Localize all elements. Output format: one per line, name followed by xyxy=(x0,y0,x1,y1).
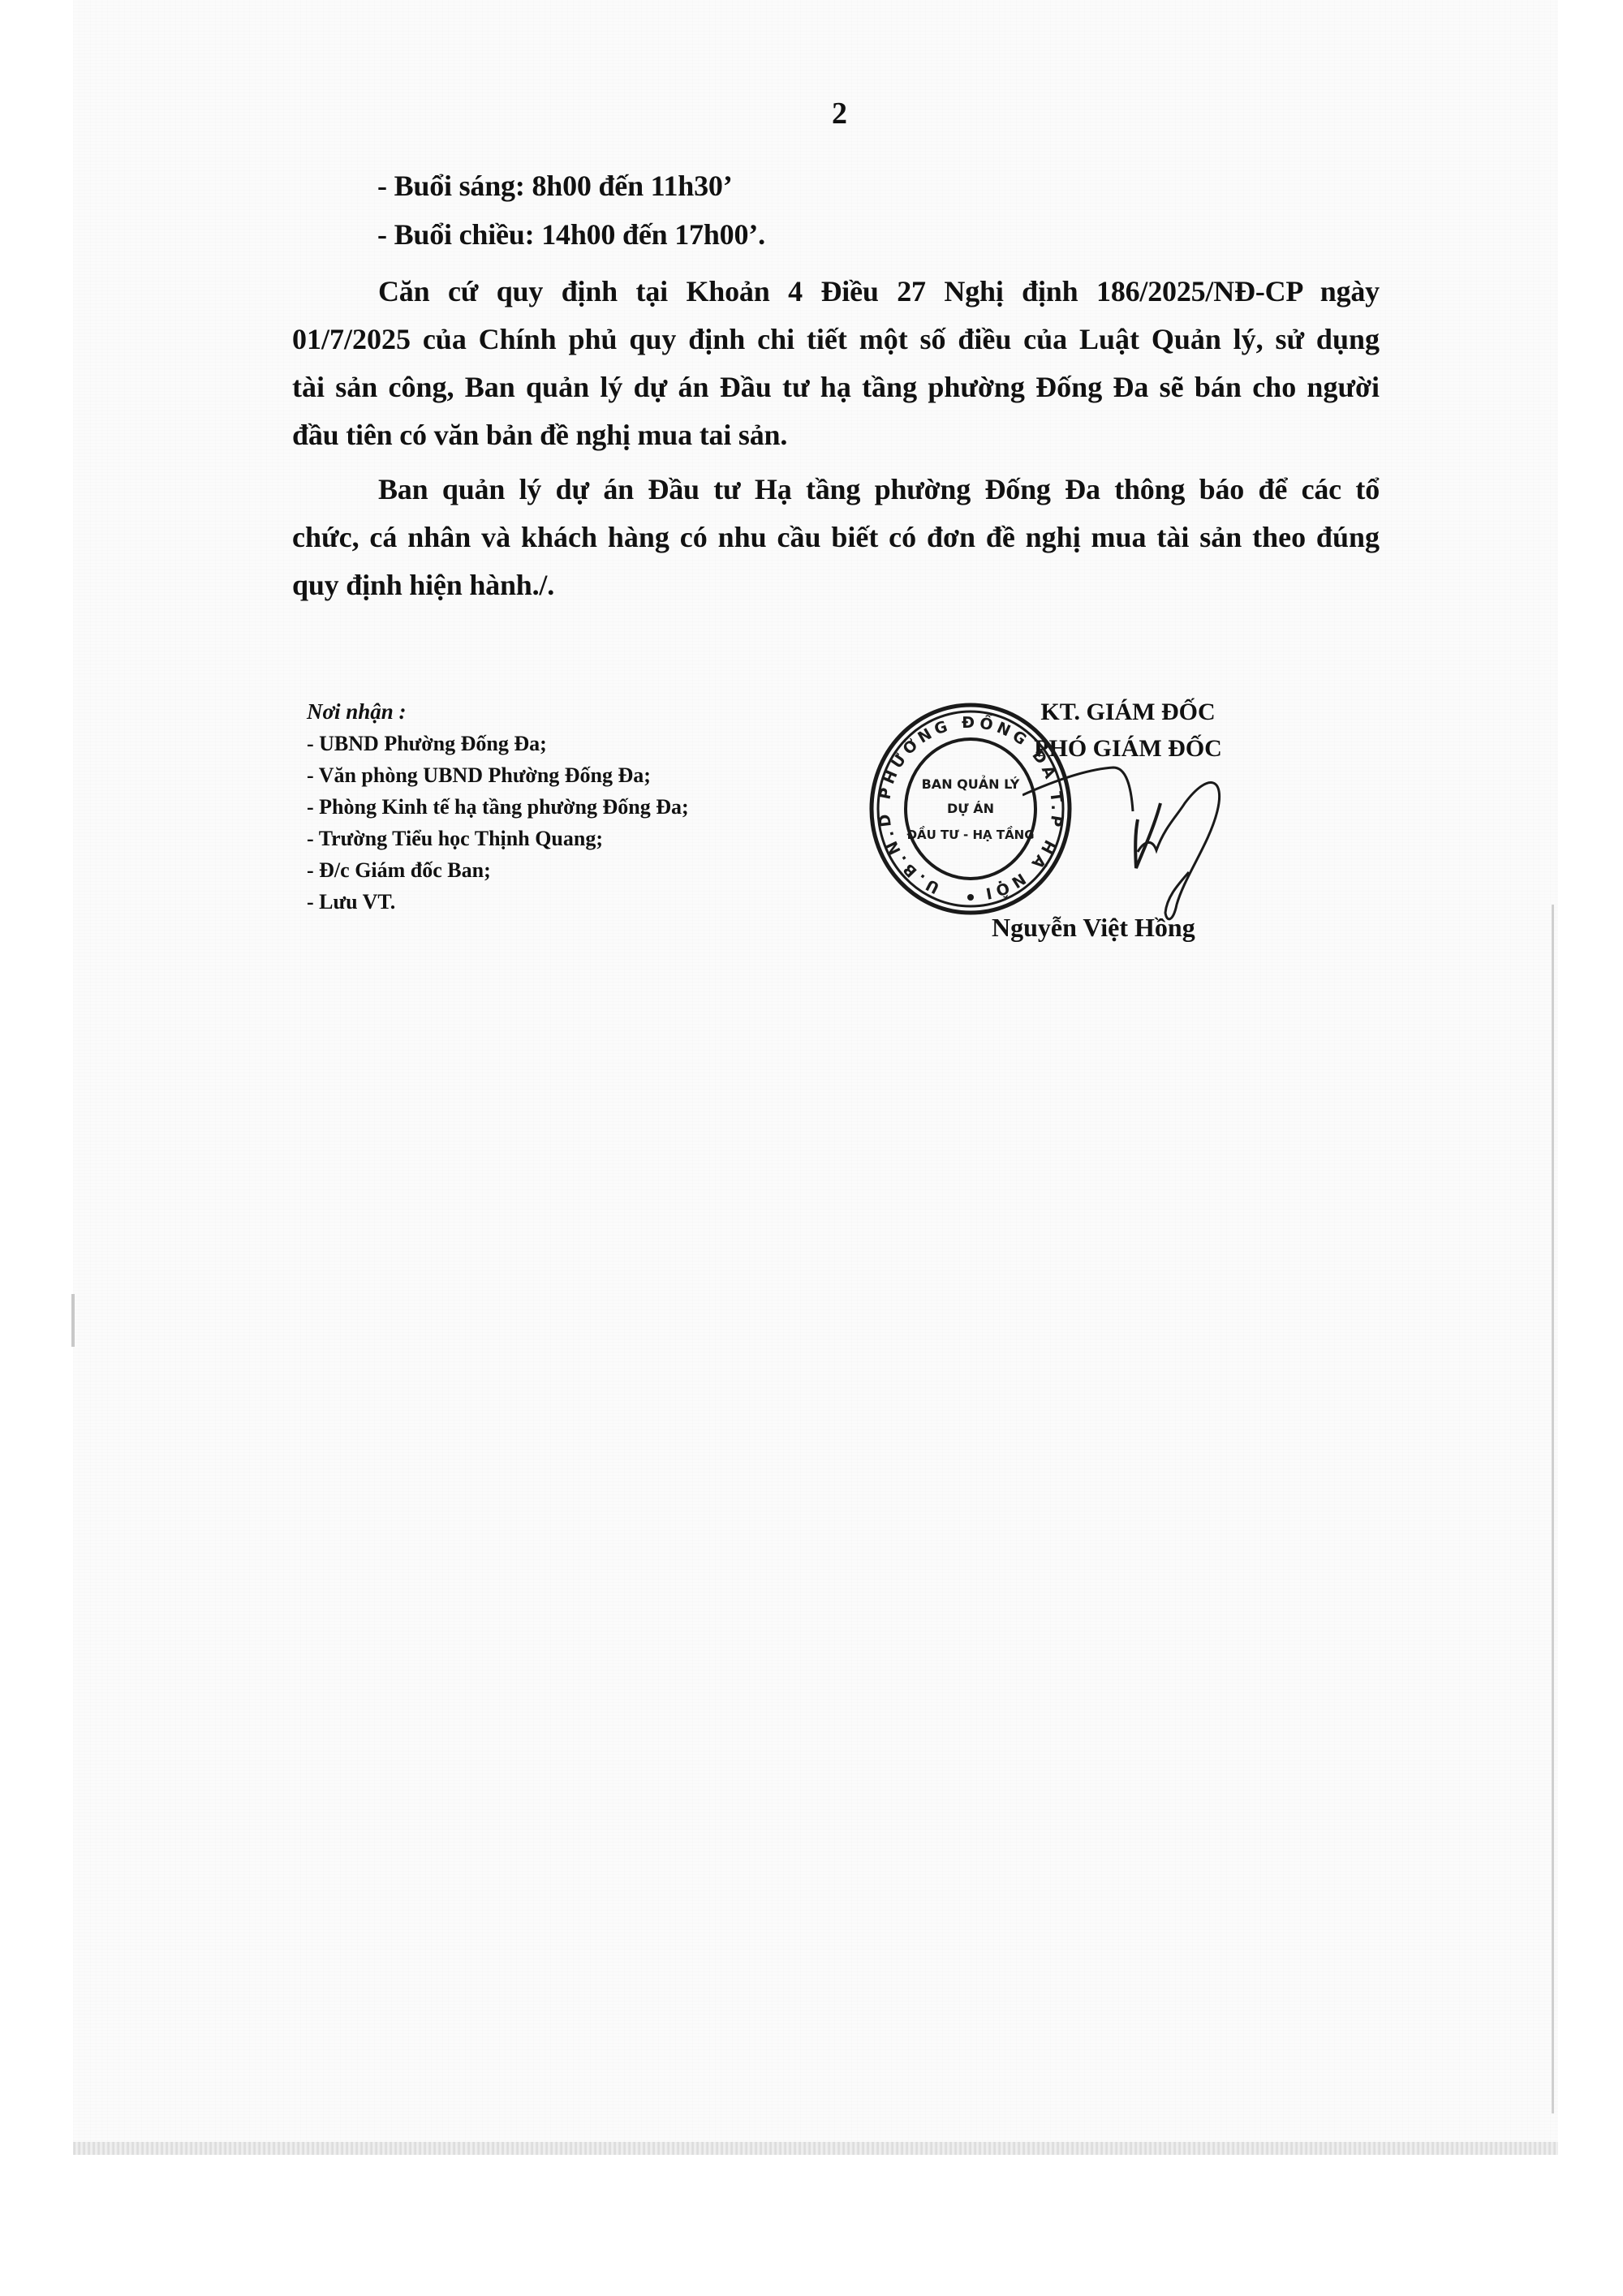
recipient-item: - Văn phòng UBND Phường Đống Đa; xyxy=(307,759,689,791)
paragraph-2-line-3: quy định hiện hành./. xyxy=(292,568,554,602)
page-number: 2 xyxy=(832,96,847,131)
schedule-afternoon: - Buổi chiều: 14h00 đến 17h00’. xyxy=(377,217,765,252)
recipient-item: - UBND Phường Đống Đa; xyxy=(307,728,689,759)
paragraph-2-line-2: chức, cá nhân và khách hàng có nhu cầu b… xyxy=(292,520,1380,554)
paragraph-2-line-1: Ban quản lý dự án Đầu tư Hạ tầng phường … xyxy=(378,472,1380,506)
scan-bottom-edge xyxy=(73,2142,1558,2155)
stamp-inner-line-2: DỰ ÁN xyxy=(947,801,994,816)
paragraph-1-line-4: đầu tiên có văn bản đề nghị mua tai sản. xyxy=(292,418,787,452)
stamp-inner-line-3: ĐẦU TƯ - HẠ TẦNG xyxy=(906,825,1034,842)
stamp-inner-line-1: BAN QUẢN LÝ xyxy=(922,775,1020,792)
recipients-heading: Nơi nhận : xyxy=(307,696,689,728)
scan-left-mark xyxy=(71,1294,75,1347)
scan-right-edge xyxy=(1552,905,1554,2113)
paragraph-1-line-2: 01/7/2025 của Chính phủ quy định chi tiế… xyxy=(292,322,1380,356)
recipient-item: - Đ/c Giám đốc Ban; xyxy=(307,854,689,886)
recipient-item: - Trường Tiểu học Thịnh Quang; xyxy=(307,823,689,854)
recipient-item: - Lưu VT. xyxy=(307,886,689,918)
handwritten-signature-icon xyxy=(1022,763,1233,925)
recipient-item: - Phòng Kinh tế hạ tầng phường Đống Đa; xyxy=(307,791,689,823)
schedule-morning: - Buổi sáng: 8h00 đến 11h30’ xyxy=(377,169,733,203)
recipients-block: Nơi nhận : - UBND Phường Đống Đa; - Văn … xyxy=(307,696,689,918)
signer-name: Nguyễn Việt Hồng xyxy=(992,913,1195,943)
paragraph-1-line-3: tài sản công, Ban quản lý dự án Đầu tư h… xyxy=(292,370,1380,404)
paragraph-1-line-1: Căn cứ quy định tại Khoản 4 Điều 27 Nghị… xyxy=(378,274,1380,308)
